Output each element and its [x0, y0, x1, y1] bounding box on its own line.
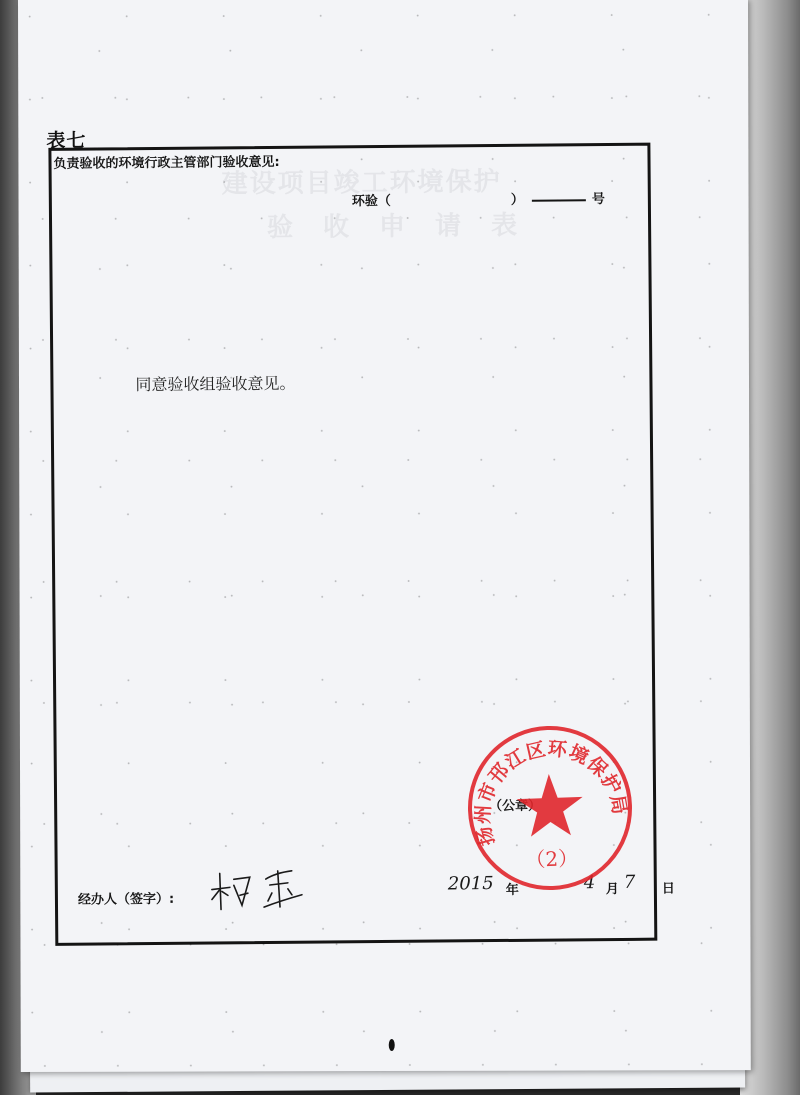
approval-number-blank [532, 198, 586, 201]
seal-number: （2） [525, 846, 579, 872]
approval-year-blank [391, 204, 511, 205]
approval-prefix: 环验（ [352, 190, 391, 209]
handler-label: 经办人（签字）: [78, 888, 174, 908]
star-icon [516, 773, 584, 837]
bleed-through-text: 验收申请表 [267, 205, 547, 244]
opinion-text: 同意验收组验收意见。 [135, 371, 295, 395]
document-page: 表七 负责验收的环境行政主管部门验收意见: 建设项目竣工环境保护 验收申请表 环… [18, 0, 751, 1072]
day-label: 日 [662, 877, 675, 896]
approval-close-paren: ） [511, 189, 524, 208]
official-seal: 扬州市邗江区环境保护局 （2） [457, 715, 643, 901]
handler-signature: 杨军 [208, 865, 318, 916]
approval-suffix: 号 [592, 188, 605, 207]
approval-number: 环验（ ） 号 [352, 188, 605, 209]
ink-spot [389, 1039, 395, 1051]
